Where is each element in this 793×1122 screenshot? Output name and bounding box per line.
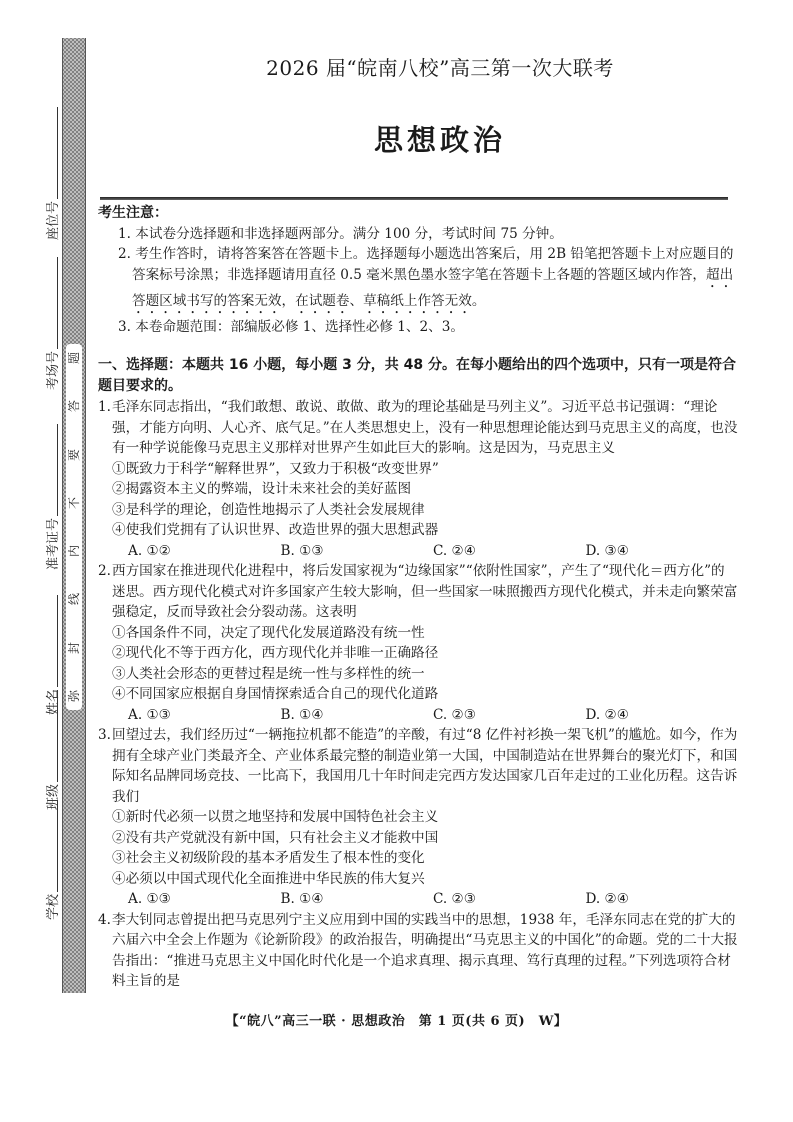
statement: ④不同国家应根据自身国情探索适合自己的现代化道路 (98, 684, 738, 705)
choice-b[interactable]: B. ①④ (281, 705, 434, 726)
question-3: 3.回望过去，我们经历过“一辆拖拉机都不能造”的辛酸，有过“8 亿件衬衫换一架飞… (98, 725, 738, 910)
exam-title: 2026 届“皖南八校”高三第一次大联考 (180, 52, 700, 81)
statement: ③是科学的理论，创造性地揭示了人类社会发展规律 (98, 500, 738, 521)
header-divider (100, 197, 728, 200)
field-label: 准考证号 (42, 518, 61, 570)
statement: ②没有共产党就没有新中国，只有社会主义才能救中国 (98, 828, 738, 849)
seal-char: 封 (68, 642, 80, 654)
field-label: 学校 (42, 894, 61, 920)
notice-title: 考生注意： (98, 203, 738, 224)
choice-d[interactable]: D. ③④ (586, 541, 739, 562)
statement: ③社会主义初级阶段的基本矛盾发生了根本性的变化 (98, 848, 738, 869)
exam-content: 考生注意： 1. 本试卷分选择题和非选择题两部分。满分 100 分，考试时间 7… (98, 203, 738, 992)
blank-line[interactable] (56, 690, 58, 782)
notice-item: 1. 本试卷分选择题和非选择题两部分。满分 100 分，考试时间 75 分钟。 (98, 224, 738, 245)
page-footer: 【“皖八”高三一联 · 思想政治 第 1 页(共 6 页) W】 (0, 1010, 793, 1029)
question-1: 1.毛泽东同志指出，“我们敢想、敢说、敢做、敢为的理论基础是马列主义”。习近平总… (98, 397, 738, 561)
exam-room-field[interactable]: 考场号 (42, 257, 61, 390)
blank-line[interactable] (56, 595, 58, 687)
choice-c[interactable]: C. ②③ (433, 889, 586, 910)
choice-b[interactable]: B. ①③ (281, 541, 434, 562)
notice-item: 2. 考生作答时，请将答案答在答题卡上。选择题每小题选出答案后，用 2B 铅笔把… (98, 244, 738, 317)
seal-char: 线 (68, 593, 80, 605)
blank-line[interactable] (56, 424, 58, 516)
choice-c[interactable]: C. ②③ (433, 705, 586, 726)
answer-choices: A. ①③ B. ①④ C. ②③ D. ②④ (98, 705, 738, 726)
school-field[interactable]: 学校 (42, 800, 61, 920)
blank-line[interactable] (56, 257, 58, 349)
statement: ③人类社会形态的更替过程是统一性与多样性的统一 (98, 664, 738, 685)
choice-a[interactable]: A. ①③ (128, 705, 281, 726)
answer-choices: A. ①③ B. ①④ C. ②③ D. ②④ (98, 889, 738, 910)
seal-char: 答 (68, 400, 80, 412)
seat-number-field[interactable]: 座位号 (42, 107, 61, 240)
section-heading: 一、选择题：本题共 16 小题，每小题 3 分，共 48 分。在每小题给出的四个… (98, 355, 738, 397)
seal-line-notice: 弥 封 线 内 不 要 答 题 (66, 344, 82, 710)
field-label: 考场号 (42, 351, 61, 390)
statement: ①新时代必须一以贯之地坚持和发展中国特色社会主义 (98, 807, 738, 828)
statement: ②揭露资本主义的弊端，设计未来社会的美好蓝图 (98, 479, 738, 500)
choice-d[interactable]: D. ②④ (586, 705, 739, 726)
seal-char: 内 (68, 545, 80, 557)
seal-char: 题 (68, 352, 80, 364)
statement: ①既致力于科学“解释世界”，又致力于积极“改变世界” (98, 459, 738, 480)
question-stem: 3.回望过去，我们经历过“一辆拖拉机都不能造”的辛酸，有过“8 亿件衬衫换一架飞… (98, 725, 738, 807)
blank-line[interactable] (56, 800, 58, 892)
choice-a[interactable]: A. ①② (128, 541, 281, 562)
blank-line[interactable] (56, 107, 58, 199)
statement: ④使我们党拥有了认识世界、改造世界的强大思想武器 (98, 520, 738, 541)
seal-char: 要 (68, 449, 80, 461)
statement: ④必须以中国式现代化全面推进中华民族的伟大复兴 (98, 869, 738, 890)
question-stem: 1.毛泽东同志指出，“我们敢想、敢说、敢做、敢为的理论基础是马列主义”。习近平总… (98, 397, 738, 459)
choice-b[interactable]: B. ①④ (281, 889, 434, 910)
choice-a[interactable]: A. ①③ (128, 889, 281, 910)
seal-char: 弥 (68, 690, 80, 702)
admission-number-field[interactable]: 准考证号 (42, 424, 61, 570)
question-stem: 2.西方国家在推进现代化进程中，将后发国家视为“边缘国家”“依附性国家”，产生了… (98, 561, 738, 623)
question-2: 2.西方国家在推进现代化进程中，将后发国家视为“边缘国家”“依附性国家”，产生了… (98, 561, 738, 725)
choice-c[interactable]: C. ②④ (433, 541, 586, 562)
answer-choices: A. ①② B. ①③ C. ②④ D. ③④ (98, 541, 738, 562)
notice-item: 3. 本卷命题范围：部编版必修 1、选择性必修 1、2、3。 (98, 317, 738, 338)
class-field[interactable]: 班级 (42, 690, 61, 810)
seal-char: 不 (68, 497, 80, 509)
statement: ①各国条件不同，决定了现代化发展道路没有统一性 (98, 623, 738, 644)
statement: ②现代化不等于西方化，西方现代化并非唯一正确路径 (98, 643, 738, 664)
choice-d[interactable]: D. ②④ (586, 889, 739, 910)
question-stem: 4.李大钊同志曾提出把马克思列宁主义应用到中国的实践当中的思想，1938 年，毛… (98, 910, 738, 992)
question-4: 4.李大钊同志曾提出把马克思列宁主义应用到中国的实践当中的思想，1938 年，毛… (98, 910, 738, 992)
field-label: 座位号 (42, 201, 61, 240)
subject-title: 思想政治 (180, 118, 700, 159)
